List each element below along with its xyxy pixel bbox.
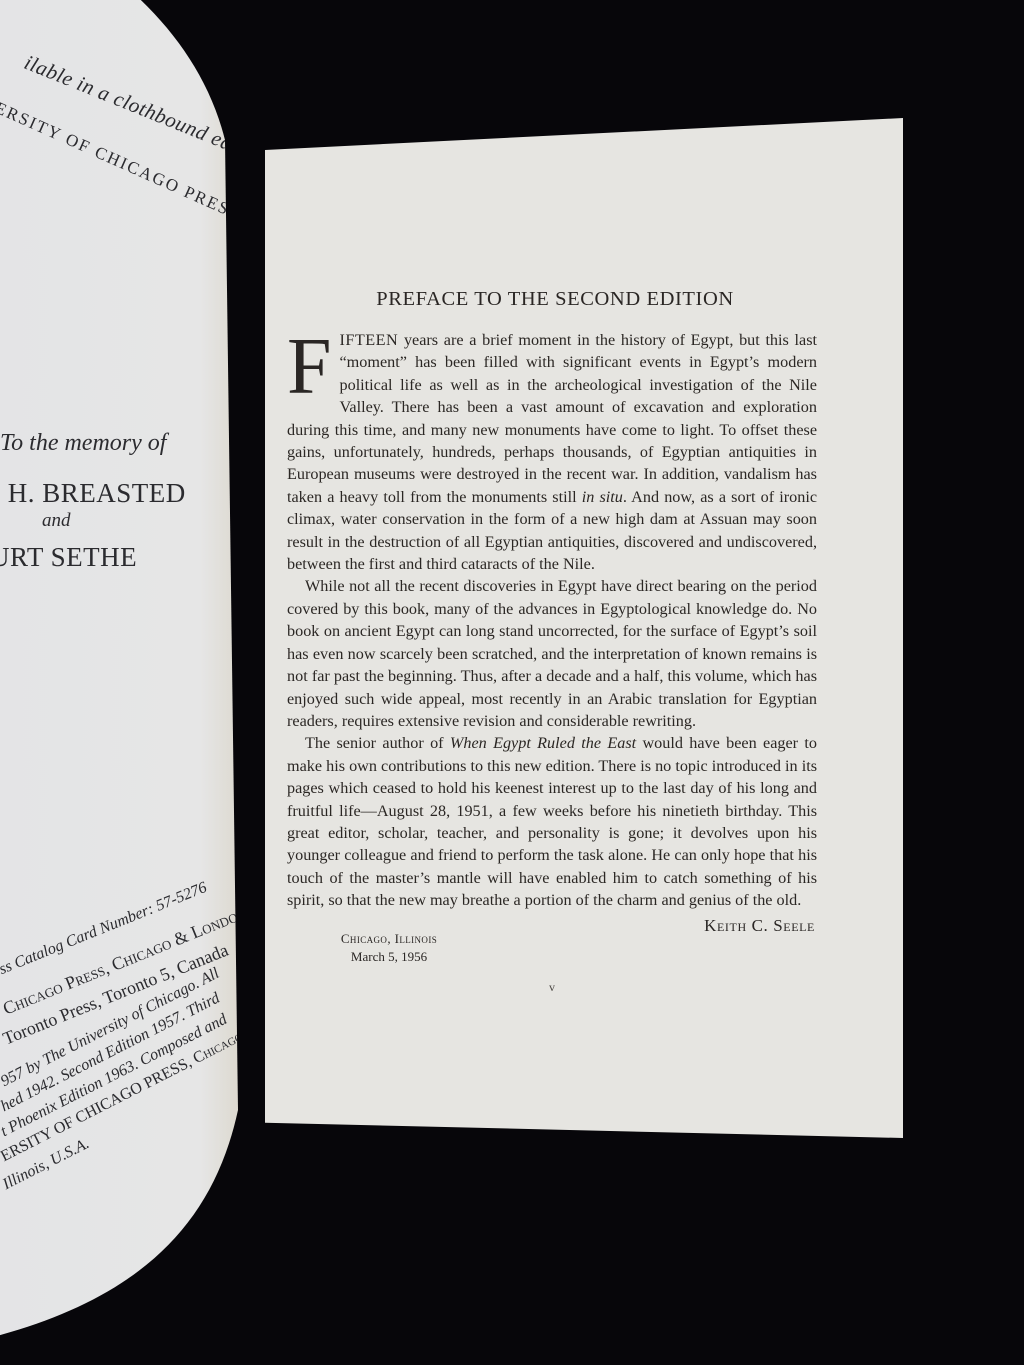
paragraph-lead: IFTEEN [340,331,399,349]
book-title: When Egypt Ruled the East [450,734,636,752]
paragraph-3: The senior author of When Egypt Ruled th… [287,732,817,911]
page-title: PREFACE TO THE SECOND EDITION [293,288,817,311]
paragraph-text: The senior author of [305,734,450,752]
dedication-intro: To the memory of [0,430,166,457]
publisher-note: ERSITY OF CHICAGO PRESS [0,98,244,225]
italic-term: in situ [582,488,623,506]
drop-cap: F [287,333,332,401]
paragraph-2: While not all the recent discoveries in … [287,575,817,732]
preface-content: PREFACE TO THE SECOND EDITION FIFTEEN ye… [287,288,817,995]
dedication-conjunction: and [42,510,71,532]
page-number: v [287,980,817,995]
right-page: PREFACE TO THE SECOND EDITION FIFTEEN ye… [265,118,903,1138]
paragraph-text: would have been eager to make his own co… [287,734,817,909]
preface-body: FIFTEEN years are a brief moment in the … [287,329,817,912]
paragraph-text: years are a brief moment in the history … [287,331,817,506]
left-page: ilable in a clothbound edition from ERSI… [0,0,280,1350]
place-date: Chicago, Illinois March 5, 1956 [333,930,445,966]
place: Chicago, Illinois [333,930,445,948]
dedication-name-1: S H. BREASTED [0,478,186,509]
date: March 5, 1956 [333,948,445,966]
paragraph-text: While not all the recent discoveries in … [287,577,817,729]
paragraph-1: FIFTEEN years are a brief moment in the … [287,329,817,575]
dedication-name-2: URT SETHE [0,542,137,573]
